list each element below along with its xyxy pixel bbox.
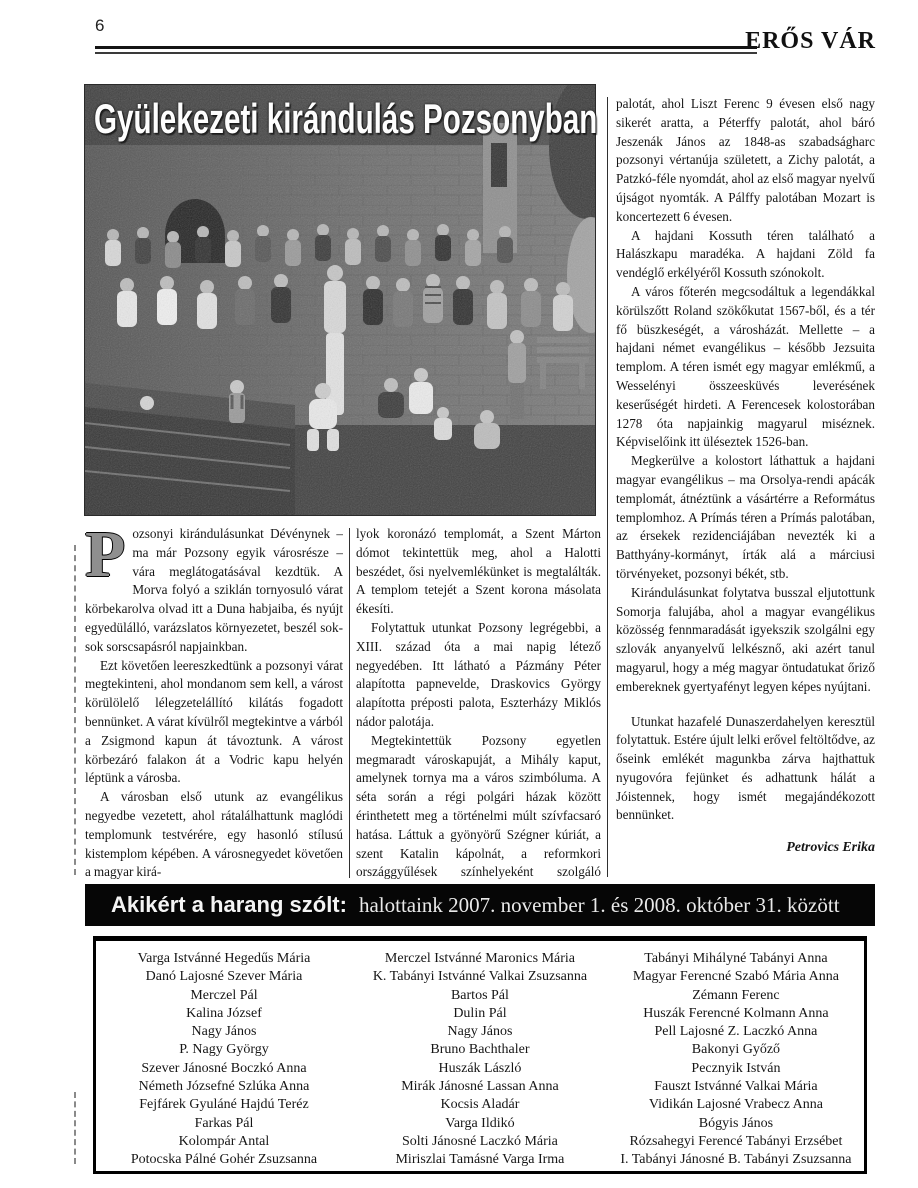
deceased-name: Kolompár Antal (96, 1133, 352, 1151)
deceased-name: Bruno Bachthaler (352, 1041, 608, 1059)
deceased-name: Miriszlai Tamásné Varga Irma (352, 1151, 608, 1169)
deceased-name: Zémann Ferenc (608, 987, 864, 1005)
deceased-name: Dulin Pál (352, 1005, 608, 1023)
deceased-name: Rózsahegyi Ferencé Tabányi Erzsébet (608, 1133, 864, 1151)
paragraph: lyok koronázó templomát, a Szent Márton … (356, 525, 601, 619)
deceased-name: Bakonyi Győző (608, 1041, 864, 1059)
deceased-name: Nagy János (96, 1023, 352, 1041)
paragraph: Folytattuk utunkat Pozsony legrégebbi, a… (356, 619, 601, 732)
deceased-name: Kocsis Aladár (352, 1096, 608, 1114)
header-rule (95, 46, 757, 54)
deceased-name: Fauszt Istvánné Valkai Mária (608, 1078, 864, 1096)
deceased-name: K. Tabányi Istvánné Valkai Zsuzsanna (352, 968, 608, 986)
deceased-name: Bógyis János (608, 1115, 864, 1133)
deceased-name: Pecznyik István (608, 1060, 864, 1078)
deceased-name: P. Nagy György (96, 1041, 352, 1059)
article-column-left: Pozsonyi kirándulásunkat Dévénynek – ma … (85, 525, 343, 883)
deceased-name: Farkas Pál (96, 1115, 352, 1133)
deceased-name: Vidikán Lajosné Vrabecz Anna (608, 1096, 864, 1114)
paragraph: Megtekintettük Pozsony egyetlen megmarad… (356, 732, 601, 883)
masthead-title: ERŐS VÁR (745, 28, 876, 55)
deceased-name: I. Tabányi Jánosné B. Tabányi Zsuzsanna (608, 1151, 864, 1169)
obituary-column-2: Merczel Istvánné Maronics MáriaK. Tabány… (352, 950, 608, 1171)
deceased-name: Danó Lajosné Szever Mária (96, 968, 352, 986)
paragraph: Megkerülve a kolostort láthattuk a hajda… (616, 452, 875, 584)
deceased-name: Nagy János (352, 1023, 608, 1041)
deceased-name: Magyar Ferencné Szabó Mária Anna (608, 968, 864, 986)
deceased-name: Fejfárek Gyuláné Hajdú Teréz (96, 1096, 352, 1114)
byline: Petrovics Erika (616, 839, 875, 858)
article-headline: Gyülekezeti kirándulás Pozsonyban (94, 96, 496, 143)
paragraph: Pozsonyi kirándulásunkat Dévénynek – ma … (85, 525, 343, 657)
deceased-name: Varga Istvánné Hegedűs Mária (96, 950, 352, 968)
newspaper-page: 6 ERŐS VÁR (0, 0, 918, 1188)
obituary-banner: Akikért a harang szólt: halottaink 2007.… (85, 884, 875, 926)
margin-dash (74, 545, 76, 875)
paragraph: palotát, ahol Liszt Ferenc 9 évesen első… (616, 95, 875, 227)
group-photo-illustration (85, 85, 595, 515)
deceased-name: Varga Ildikó (352, 1115, 608, 1133)
deceased-name: Kalina József (96, 1005, 352, 1023)
column-rule (349, 528, 350, 878)
banner-text: halottaink 2007. november 1. és 2008. ok… (359, 893, 840, 918)
page-number: 6 (95, 16, 104, 36)
article-photo (85, 85, 595, 515)
deceased-name: Németh Józsefné Szlúka Anna (96, 1078, 352, 1096)
paragraph: Utunkat hazafelé Dunaszerdahelyen keresz… (616, 713, 875, 826)
deceased-name: Potocska Pálné Gohér Zsuzsanna (96, 1151, 352, 1169)
column-rule (607, 97, 608, 877)
deceased-name: Pell Lajosné Z. Laczkó Anna (608, 1023, 864, 1041)
paragraph: A város főterén megcsodáltuk a legendákk… (616, 283, 875, 452)
paragraph: A városban első utunk az evangélikus neg… (85, 788, 343, 882)
deceased-name: Tabányi Mihályné Tabányi Anna (608, 950, 864, 968)
drop-cap: P (85, 528, 125, 582)
deceased-name: Solti Jánosné Laczkó Mária (352, 1133, 608, 1151)
deceased-name: Bartos Pál (352, 987, 608, 1005)
deceased-name: Szever Jánosné Boczkó Anna (96, 1060, 352, 1078)
paragraph: Ezt követően leereszkedtünk a pozsonyi v… (85, 657, 343, 789)
paragraph: Kirándulásunkat folytatva busszal eljuto… (616, 584, 875, 697)
obituary-column-1: Varga Istvánné Hegedűs MáriaDanó Lajosné… (96, 950, 352, 1171)
deceased-name: Mirák Jánosné Lassan Anna (352, 1078, 608, 1096)
deceased-name: Merczel Istvánné Maronics Mária (352, 950, 608, 968)
obituary-box: Varga Istvánné Hegedűs MáriaDanó Lajosné… (93, 936, 867, 1174)
deceased-name: Merczel Pál (96, 987, 352, 1005)
article-column-right: palotát, ahol Liszt Ferenc 9 évesen első… (616, 95, 875, 881)
deceased-name: Huszák Ferencné Kolmann Anna (608, 1005, 864, 1023)
article-column-middle: lyok koronázó templomát, a Szent Márton … (356, 525, 601, 883)
obituary-column-3: Tabányi Mihályné Tabányi AnnaMagyar Fere… (608, 950, 864, 1171)
banner-lead: Akikért a harang szólt: (111, 892, 347, 918)
paragraph: A hajdani Kossuth téren található a Halá… (616, 227, 875, 283)
deceased-name: Huszák László (352, 1060, 608, 1078)
margin-dash (74, 1092, 76, 1164)
